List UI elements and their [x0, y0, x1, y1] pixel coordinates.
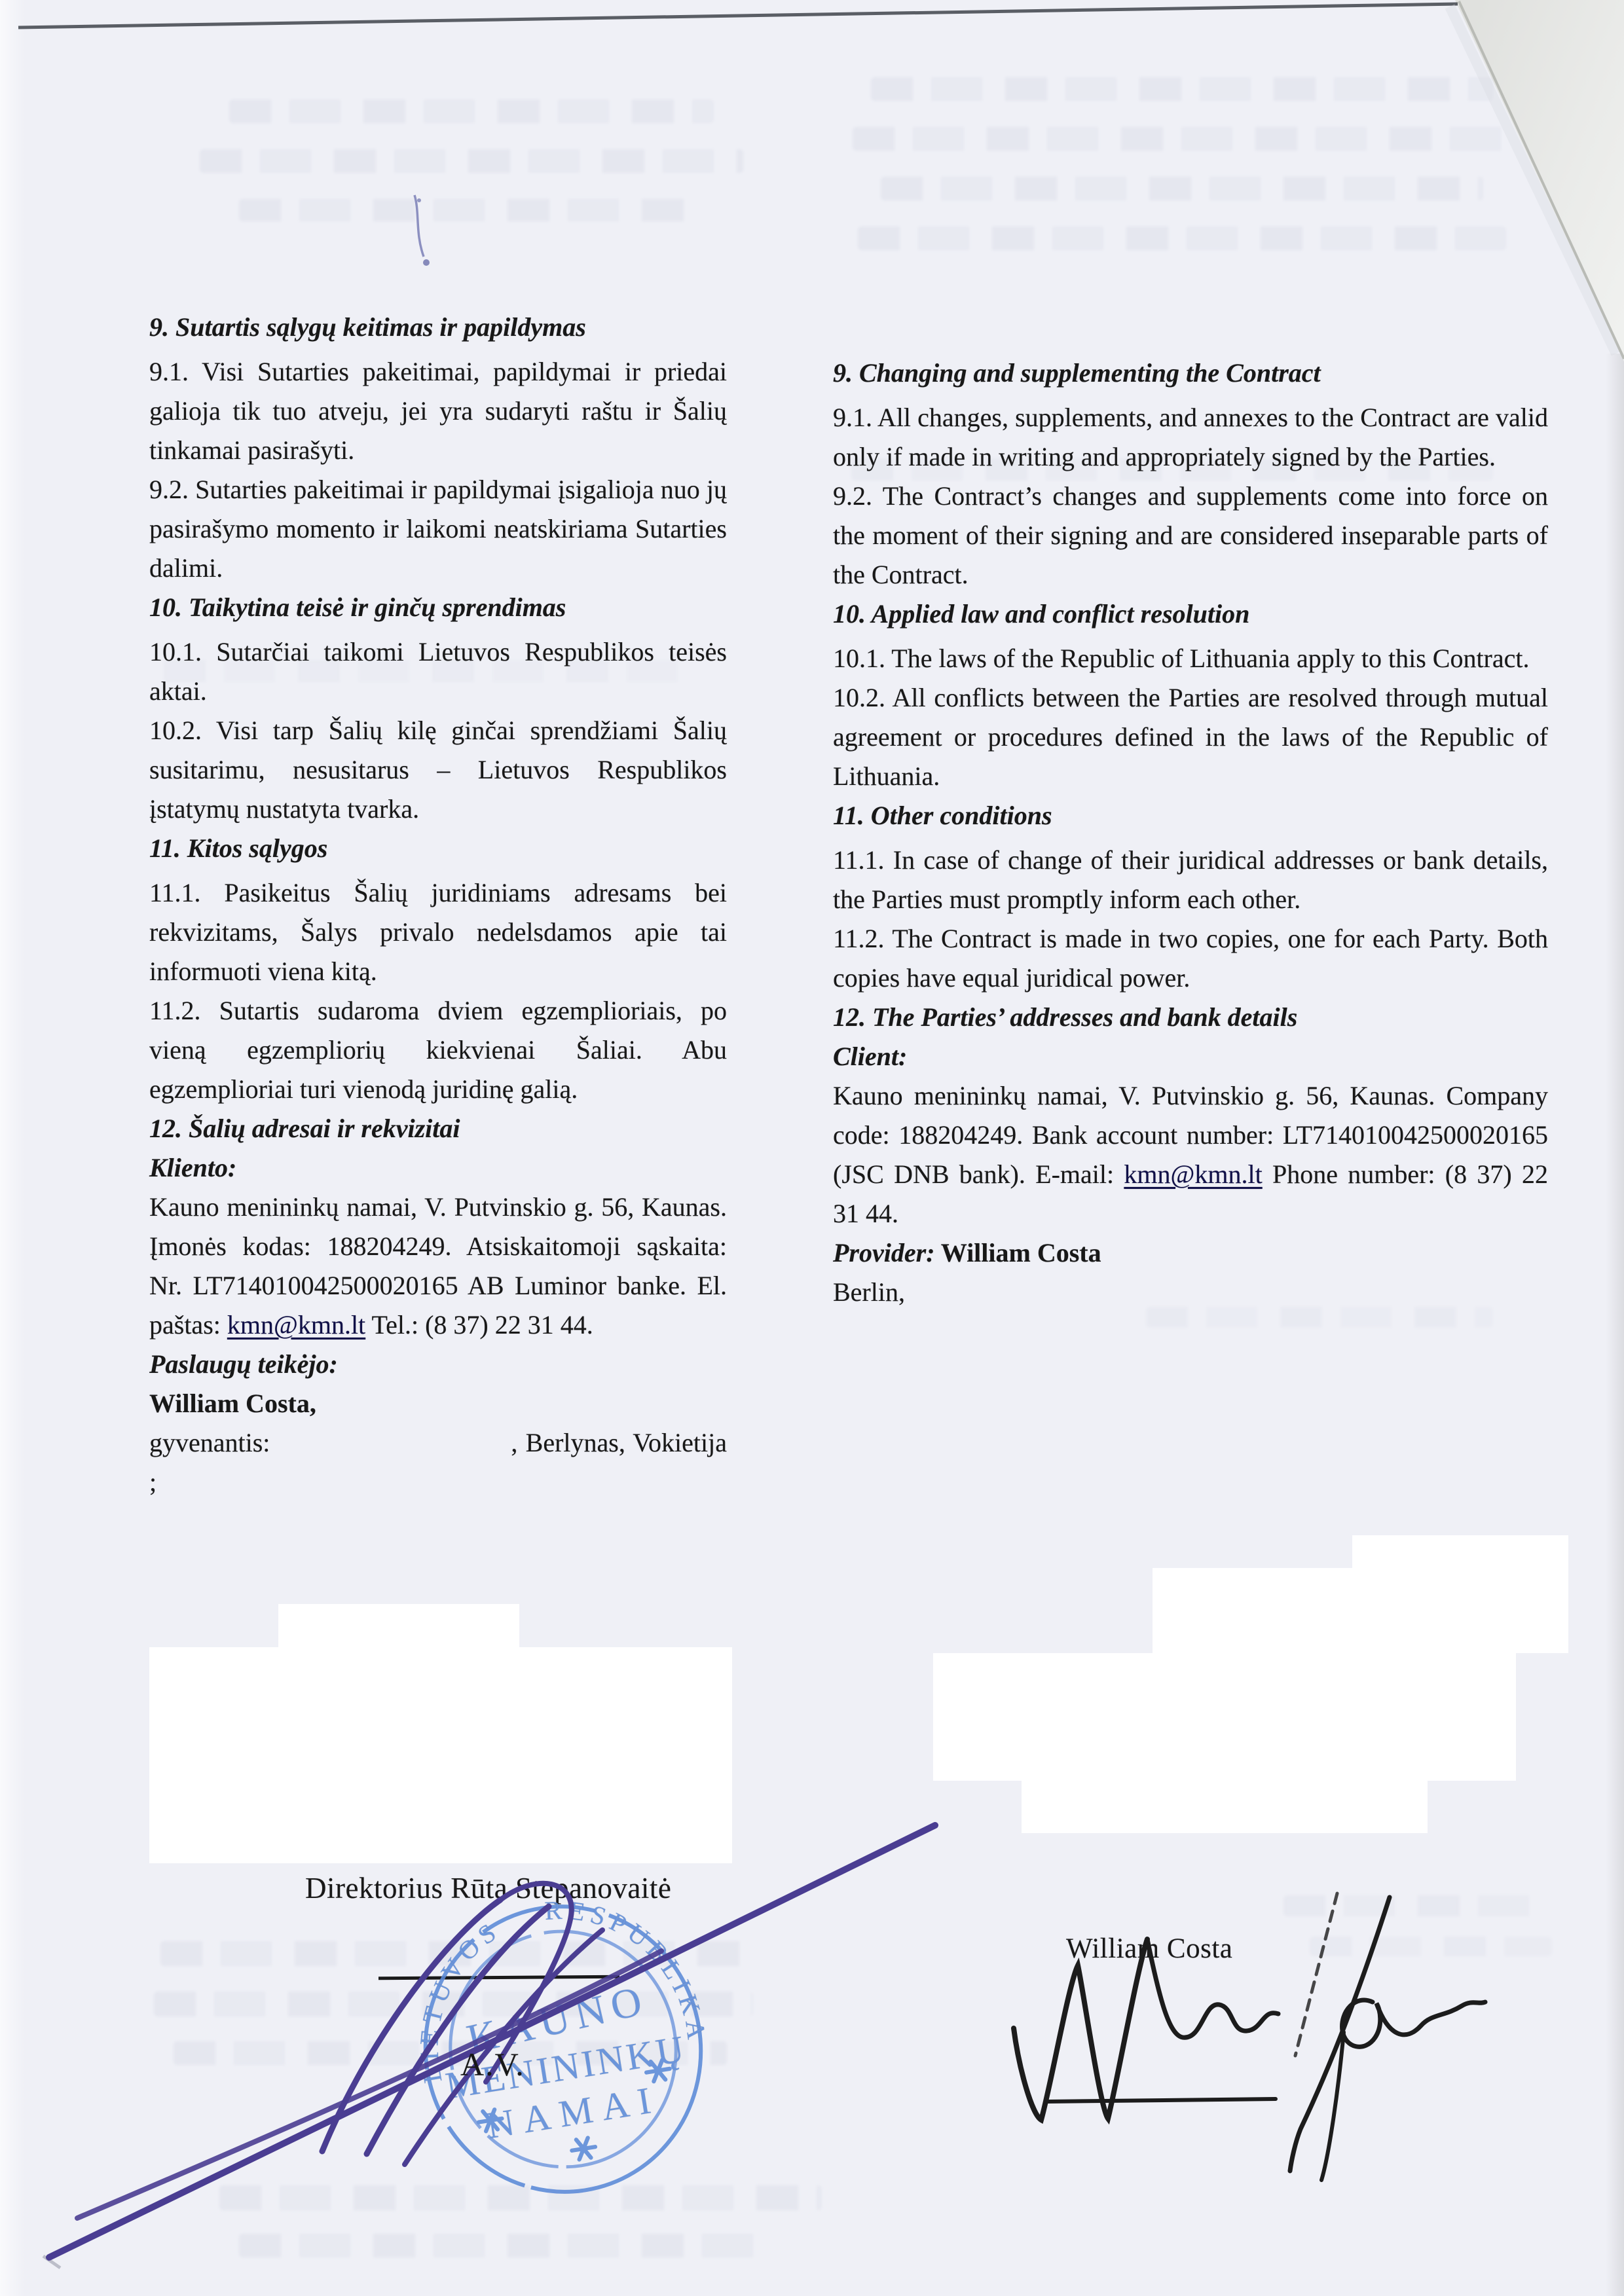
bleedthrough-text: [1310, 1937, 1552, 1956]
paragraph-lt-10-1: 10.1. Sutarčiai taikomi Lietuvos Respubl…: [149, 632, 727, 711]
redaction-box: [278, 1604, 519, 1647]
paragraph-en-10-2: 10.2. All conflicts between the Parties …: [833, 678, 1548, 796]
paragraph-en-9-1: 9.1. All changes, supplements, and annex…: [833, 398, 1548, 477]
client-details-lt: Kauno menininkų namai, V. Putvinskio g. …: [149, 1188, 727, 1345]
paragraph-lt-11-1: 11.1. Pasikeitus Šalių juridiniams adres…: [149, 873, 727, 991]
provider-label-en: Provider:: [833, 1238, 935, 1267]
provider-label-lt: Paslaugų teikėjo:: [149, 1345, 727, 1384]
provider-printed-name: William Costa: [1066, 1933, 1232, 1965]
section-heading-lt-10: 10. Taikytina teisė ir ginčų sprendimas: [149, 588, 727, 627]
paragraph-lt-9-1: 9.1. Visi Sutarties pakeitimai, papildym…: [149, 352, 727, 470]
paragraph-en-10-1: 10.1. The laws of the Republic of Lithua…: [833, 639, 1548, 678]
provider-residence-lt: gyvenantis:, Berlynas, Vokietija ;: [149, 1423, 727, 1502]
bleedthrough-text: [881, 177, 1483, 200]
client-details-lt-phone: Tel.: (8 37) 22 31 44.: [365, 1310, 593, 1339]
column-lithuanian: 9. Sutartis sąlygų keitimas ir papildyma…: [149, 308, 727, 1502]
scan-top-edge-line: [18, 4, 1458, 27]
bleedthrough-text: [229, 100, 714, 123]
round-stamp-kauno-menininku-namai: LIETUVOS RESPUBLIKA KAUNO MENININKŲ NAMA…: [403, 1889, 724, 2210]
paragraph-en-11-1: 11.1. In case of change of their juridic…: [833, 841, 1548, 919]
paper-right-edge-shadow: [1606, 354, 1624, 2296]
section-heading-lt-12: 12. Šalių adresai ir rekvizitai: [149, 1109, 727, 1148]
provider-city-en: Berlin,: [833, 1273, 1548, 1312]
redaction-box: [1022, 1781, 1428, 1833]
paragraph-lt-9-2: 9.2. Sutarties pakeitimai ir papildymai …: [149, 470, 727, 588]
provider-line-en: Provider: William Costa: [833, 1233, 1548, 1273]
stamp-star-bottom: [570, 2137, 597, 2160]
residence-label: gyvenantis:: [149, 1428, 270, 1457]
section-heading-lt-11: 11. Kitos sąlygos: [149, 829, 727, 868]
provider-name-en: William Costa: [935, 1238, 1101, 1267]
section-heading-en-12: 12. The Parties’ addresses and bank deta…: [833, 998, 1548, 1037]
bleedthrough-text: [239, 2234, 776, 2257]
av-seal-label: A.V.: [460, 2045, 525, 2083]
redaction-box: [1352, 1535, 1568, 1653]
bleedthrough-text: [239, 199, 697, 221]
paper-left-edge: [0, 0, 25, 2296]
section-heading-lt-9: 9. Sutartis sąlygų keitimas ir papildyma…: [149, 308, 727, 347]
section-heading-en-11: 11. Other conditions: [833, 796, 1548, 835]
paragraph-en-11-2: 11.2. The Contract is made in two copies…: [833, 919, 1548, 998]
redaction-box: [149, 1647, 732, 1863]
scanned-contract-page: 9. Sutartis sąlygų keitimas ir papildyma…: [0, 0, 1624, 2296]
paragraph-lt-10-2: 10.2. Visi tarp Šalių kilę ginčai sprend…: [149, 711, 727, 829]
client-email-link-lt[interactable]: kmn@kmn.lt: [227, 1310, 365, 1339]
section-heading-en-9: 9. Changing and supplementing the Contra…: [833, 354, 1548, 393]
bleedthrough-text: [1283, 1895, 1552, 1916]
provider-name-lt: William Costa,: [149, 1384, 727, 1423]
client-label-en: Client:: [833, 1037, 1548, 1076]
client-email-link-en[interactable]: kmn@kmn.lt: [1124, 1159, 1262, 1189]
paragraph-en-9-2: 9.2. The Contract’s changes and suppleme…: [833, 477, 1548, 594]
bleedthrough-text: [858, 227, 1506, 250]
bleedthrough-text: [200, 149, 743, 173]
client-label-lt: Kliento:: [149, 1148, 727, 1188]
client-details-en: Kauno menininkų namai, V. Putvinskio g. …: [833, 1076, 1548, 1233]
redaction-box: [933, 1653, 1516, 1781]
paragraph-lt-11-2: 11.2. Sutartis sudaroma dviem egzemplior…: [149, 991, 727, 1109]
bleedthrough-text: [853, 127, 1507, 151]
column-english: 9. Changing and supplementing the Contra…: [833, 354, 1548, 1312]
section-heading-en-10: 10. Applied law and conflict resolution: [833, 594, 1548, 634]
bleedthrough-text: [871, 77, 1493, 101]
